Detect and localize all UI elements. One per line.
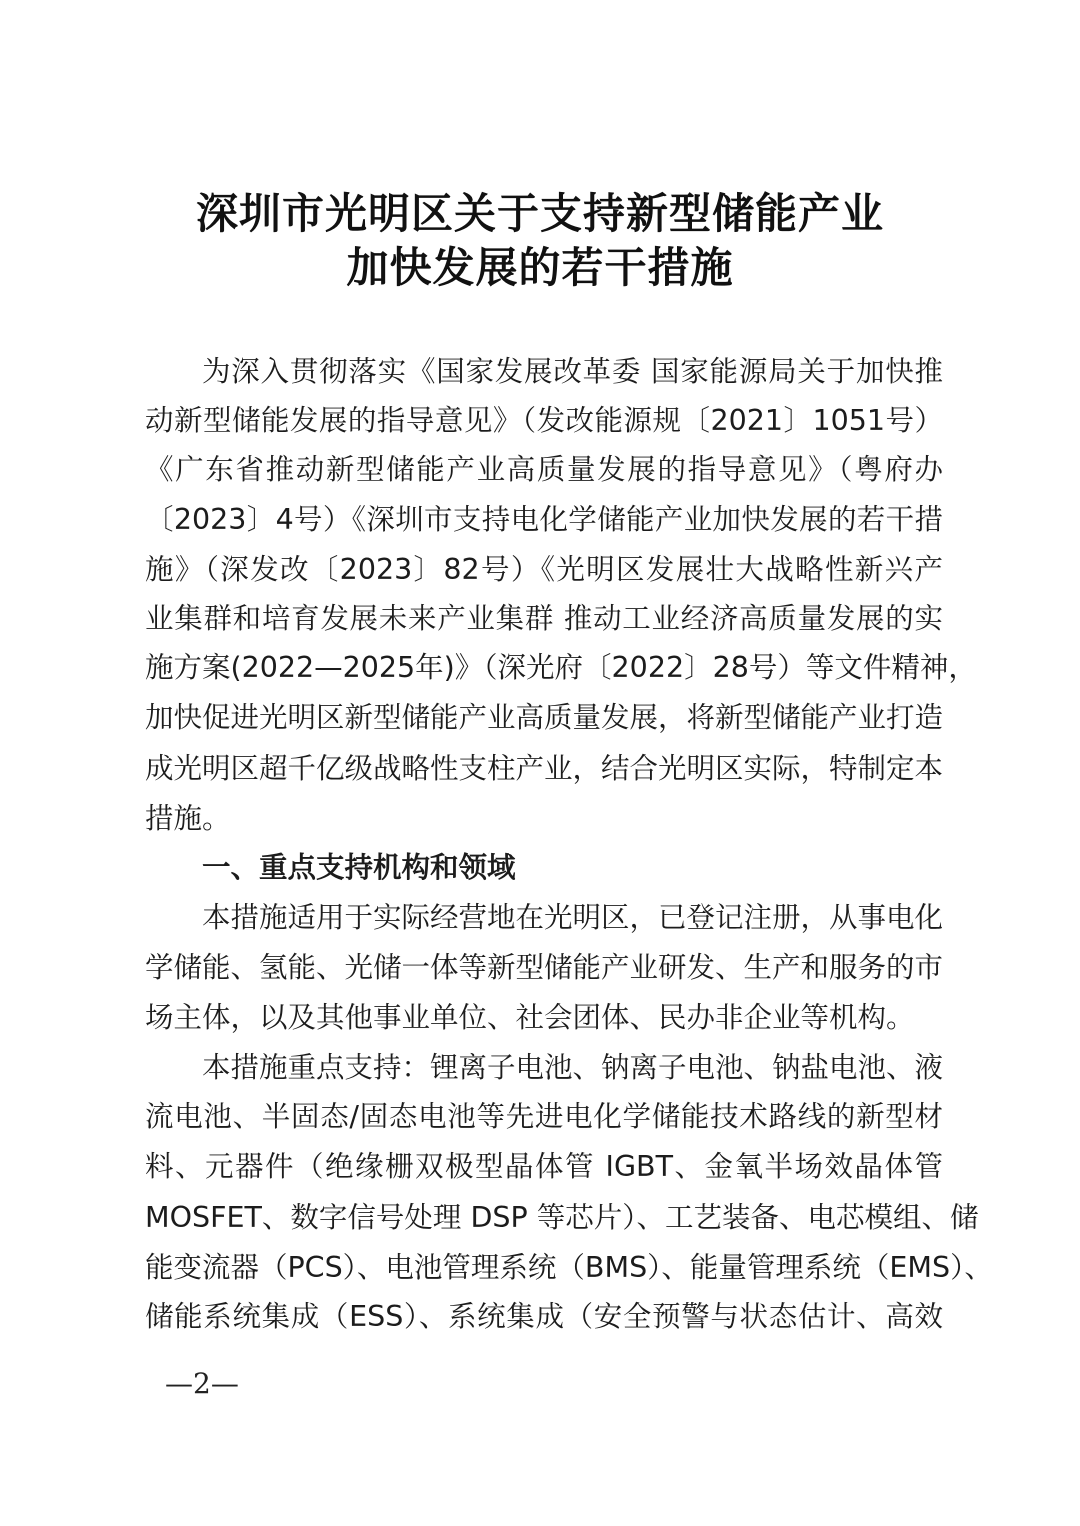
text-line: 〔2023〕4号）《深圳市支持电化学储能产业加快发展的若干措 — [145, 496, 943, 544]
text-line: 本措施重点支持：锂离子电池、钠离子电池、钠盐电池、液 — [202, 1044, 943, 1092]
text-line: 本措施适用于实际经营地在光明区，已登记注册，从事电化 — [202, 894, 943, 942]
text-line: 为深入贯彻落实《国家发展改革委 国家能源局关于加快推 — [202, 348, 943, 396]
page-number: —2— — [165, 1366, 239, 1402]
text-line: 能变流器（PCS）、电池管理系统（BMS）、能量管理系统（EMS）、 — [145, 1244, 943, 1292]
text-line: 措施。 — [145, 795, 943, 843]
text-line: 业集群和培育发展未来产业集群 推动工业经济高质量发展的实 — [145, 595, 943, 643]
text-line: 加快促进光明区新型储能产业高质量发展，将新型储能产业打造 — [145, 694, 943, 742]
text-line: 场主体，以及其他事业单位、社会团体、民办非企业等机构。 — [145, 994, 943, 1042]
text-line: 成光明区超千亿级战略性支柱产业，结合光明区实际，特制定本 — [145, 745, 943, 793]
text-line: 动新型储能发展的指导意见》（发改能源规〔2021〕1051号） — [145, 397, 943, 445]
section-heading: 一、重点支持机构和领域 — [202, 844, 943, 892]
text-line: 流电池、半固态/固态电池等先进电化学储能技术路线的新型材 — [145, 1093, 943, 1141]
text-line: 学储能、氢能、光储一体等新型储能产业研发、生产和服务的市 — [145, 944, 943, 992]
text-line: 料、元器件（绝缘栅双极型晶体管 IGBT、金氧半场效晶体管 — [145, 1143, 943, 1191]
text-line: 施方案(2022—2025年)》（深光府〔2022〕28号）等文件精神， — [145, 644, 943, 692]
title-line-1: 深圳市光明区关于支持新型储能产业 — [0, 186, 1080, 242]
text-line: 《广东省推动新型储能产业高质量发展的指导意见》（粤府办 — [145, 446, 943, 494]
text-line: MOSFET、数字信号处理 DSP 等芯片）、工艺装备、电芯模组、储 — [145, 1194, 943, 1242]
document-page: 深圳市光明区关于支持新型储能产业 加快发展的若干措施 为深入贯彻落实《国家发展改… — [0, 0, 1080, 1526]
text-line: 施》（深发改〔2023〕82号）《光明区发展壮大战略性新兴产 — [145, 546, 943, 594]
text-line: 储能系统集成（ESS）、系统集成（安全预警与状态估计、高效 — [145, 1293, 943, 1341]
title-line-2: 加快发展的若干措施 — [0, 240, 1080, 296]
